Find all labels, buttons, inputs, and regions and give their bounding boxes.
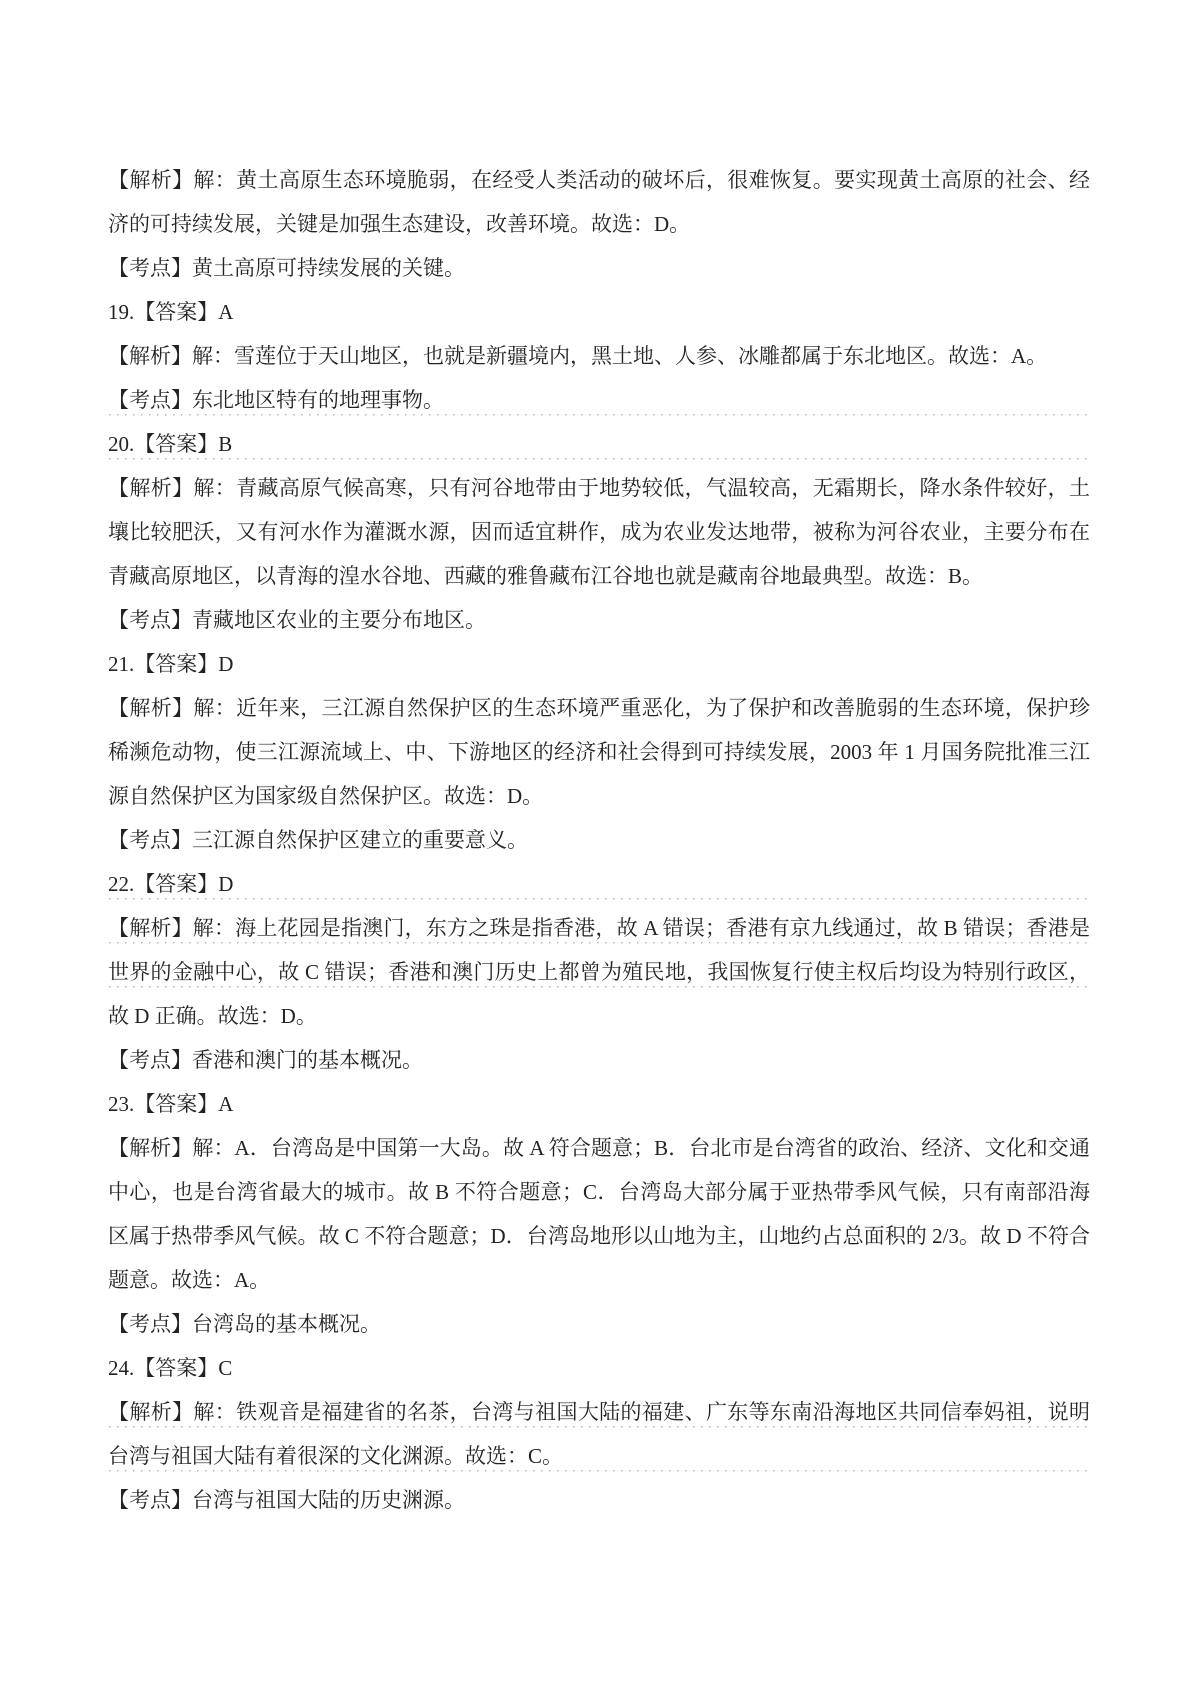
- document-page: 【解析】解：黄土高原生态环境脆弱，在经受人类活动的破坏后，很难恢复。要实现黄土高…: [0, 0, 1200, 1698]
- line-analysis-cont: 区属于热带季风气候。故 C 不符合题意；D．台湾岛地形以山地为主，山地约占总面积…: [108, 1214, 1090, 1258]
- line-answer: 20.【答案】B: [108, 422, 1090, 466]
- line-answer: 24.【答案】C: [108, 1346, 1090, 1390]
- answer-key-text-block: 【解析】解：黄土高原生态环境脆弱，在经受人类活动的破坏后，很难恢复。要实现黄土高…: [108, 158, 1090, 1522]
- line-answer: 22.【答案】D: [108, 862, 1090, 906]
- line-analysis: 【解析】解：铁观音是福建省的名茶，台湾与祖国大陆的福建、广东等东南沿海地区共同信…: [108, 1390, 1090, 1434]
- line-analysis-cont: 壤比较肥沃，又有河水作为灌溉水源，因而适宜耕作，成为农业发达地带，被称为河谷农业…: [108, 510, 1090, 554]
- line-point: 【考点】东北地区特有的地理事物。: [108, 378, 1090, 422]
- line-analysis: 【解析】解：A．台湾岛是中国第一大岛。故 A 符合题意；B．台北市是台湾省的政治…: [108, 1126, 1090, 1170]
- line-analysis-cont: 中心，也是台湾省最大的城市。故 B 不符合题意；C．台湾岛大部分属于亚热带季风气…: [108, 1170, 1090, 1214]
- line-analysis: 【解析】解：雪莲位于天山地区，也就是新疆境内，黑土地、人参、冰雕都属于东北地区。…: [108, 334, 1090, 378]
- line-point: 【考点】青藏地区农业的主要分布地区。: [108, 598, 1090, 642]
- line-point: 【考点】三江源自然保护区建立的重要意义。: [108, 818, 1090, 862]
- line-analysis: 【解析】解：青藏高原气候高寒，只有河谷地带由于地势较低，气温较高，无霜期长，降水…: [108, 466, 1090, 510]
- line-analysis-cont: 故 D 正确。故选：D。: [108, 994, 1090, 1038]
- line-analysis: 【解析】解：近年来，三江源自然保护区的生态环境严重恶化，为了保护和改善脆弱的生态…: [108, 686, 1090, 730]
- line-analysis-cont: 世界的金融中心，故 C 错误；香港和澳门历史上都曾为殖民地，我国恢复行使主权后均…: [108, 950, 1090, 994]
- line-point: 【考点】黄土高原可持续发展的关键。: [108, 246, 1090, 290]
- line-answer: 23.【答案】A: [108, 1082, 1090, 1126]
- line-analysis-cont: 青藏高原地区，以青海的湟水谷地、西藏的雅鲁藏布江谷地也就是藏南谷地最典型。故选：…: [108, 554, 1090, 598]
- line-analysis-cont: 源自然保护区为国家级自然保护区。故选：D。: [108, 774, 1090, 818]
- line-point: 【考点】台湾与祖国大陆的历史渊源。: [108, 1478, 1090, 1522]
- line-analysis: 【解析】解：黄土高原生态环境脆弱，在经受人类活动的破坏后，很难恢复。要实现黄土高…: [108, 158, 1090, 202]
- line-analysis-cont: 题意。故选：A。: [108, 1258, 1090, 1302]
- line-point: 【考点】香港和澳门的基本概况。: [108, 1038, 1090, 1082]
- line-point: 【考点】台湾岛的基本概况。: [108, 1302, 1090, 1346]
- line-analysis-cont: 稀濒危动物，使三江源流域上、中、下游地区的经济和社会得到可持续发展，2003 年…: [108, 730, 1090, 774]
- line-analysis: 【解析】解：海上花园是指澳门，东方之珠是指香港，故 A 错误；香港有京九线通过，…: [108, 906, 1090, 950]
- line-answer: 19.【答案】A: [108, 290, 1090, 334]
- line-analysis-cont: 济的可持续发展，关键是加强生态建设，改善环境。故选：D。: [108, 202, 1090, 246]
- line-answer: 21.【答案】D: [108, 642, 1090, 686]
- line-analysis-cont: 台湾与祖国大陆有着很深的文化渊源。故选：C。: [108, 1434, 1090, 1478]
